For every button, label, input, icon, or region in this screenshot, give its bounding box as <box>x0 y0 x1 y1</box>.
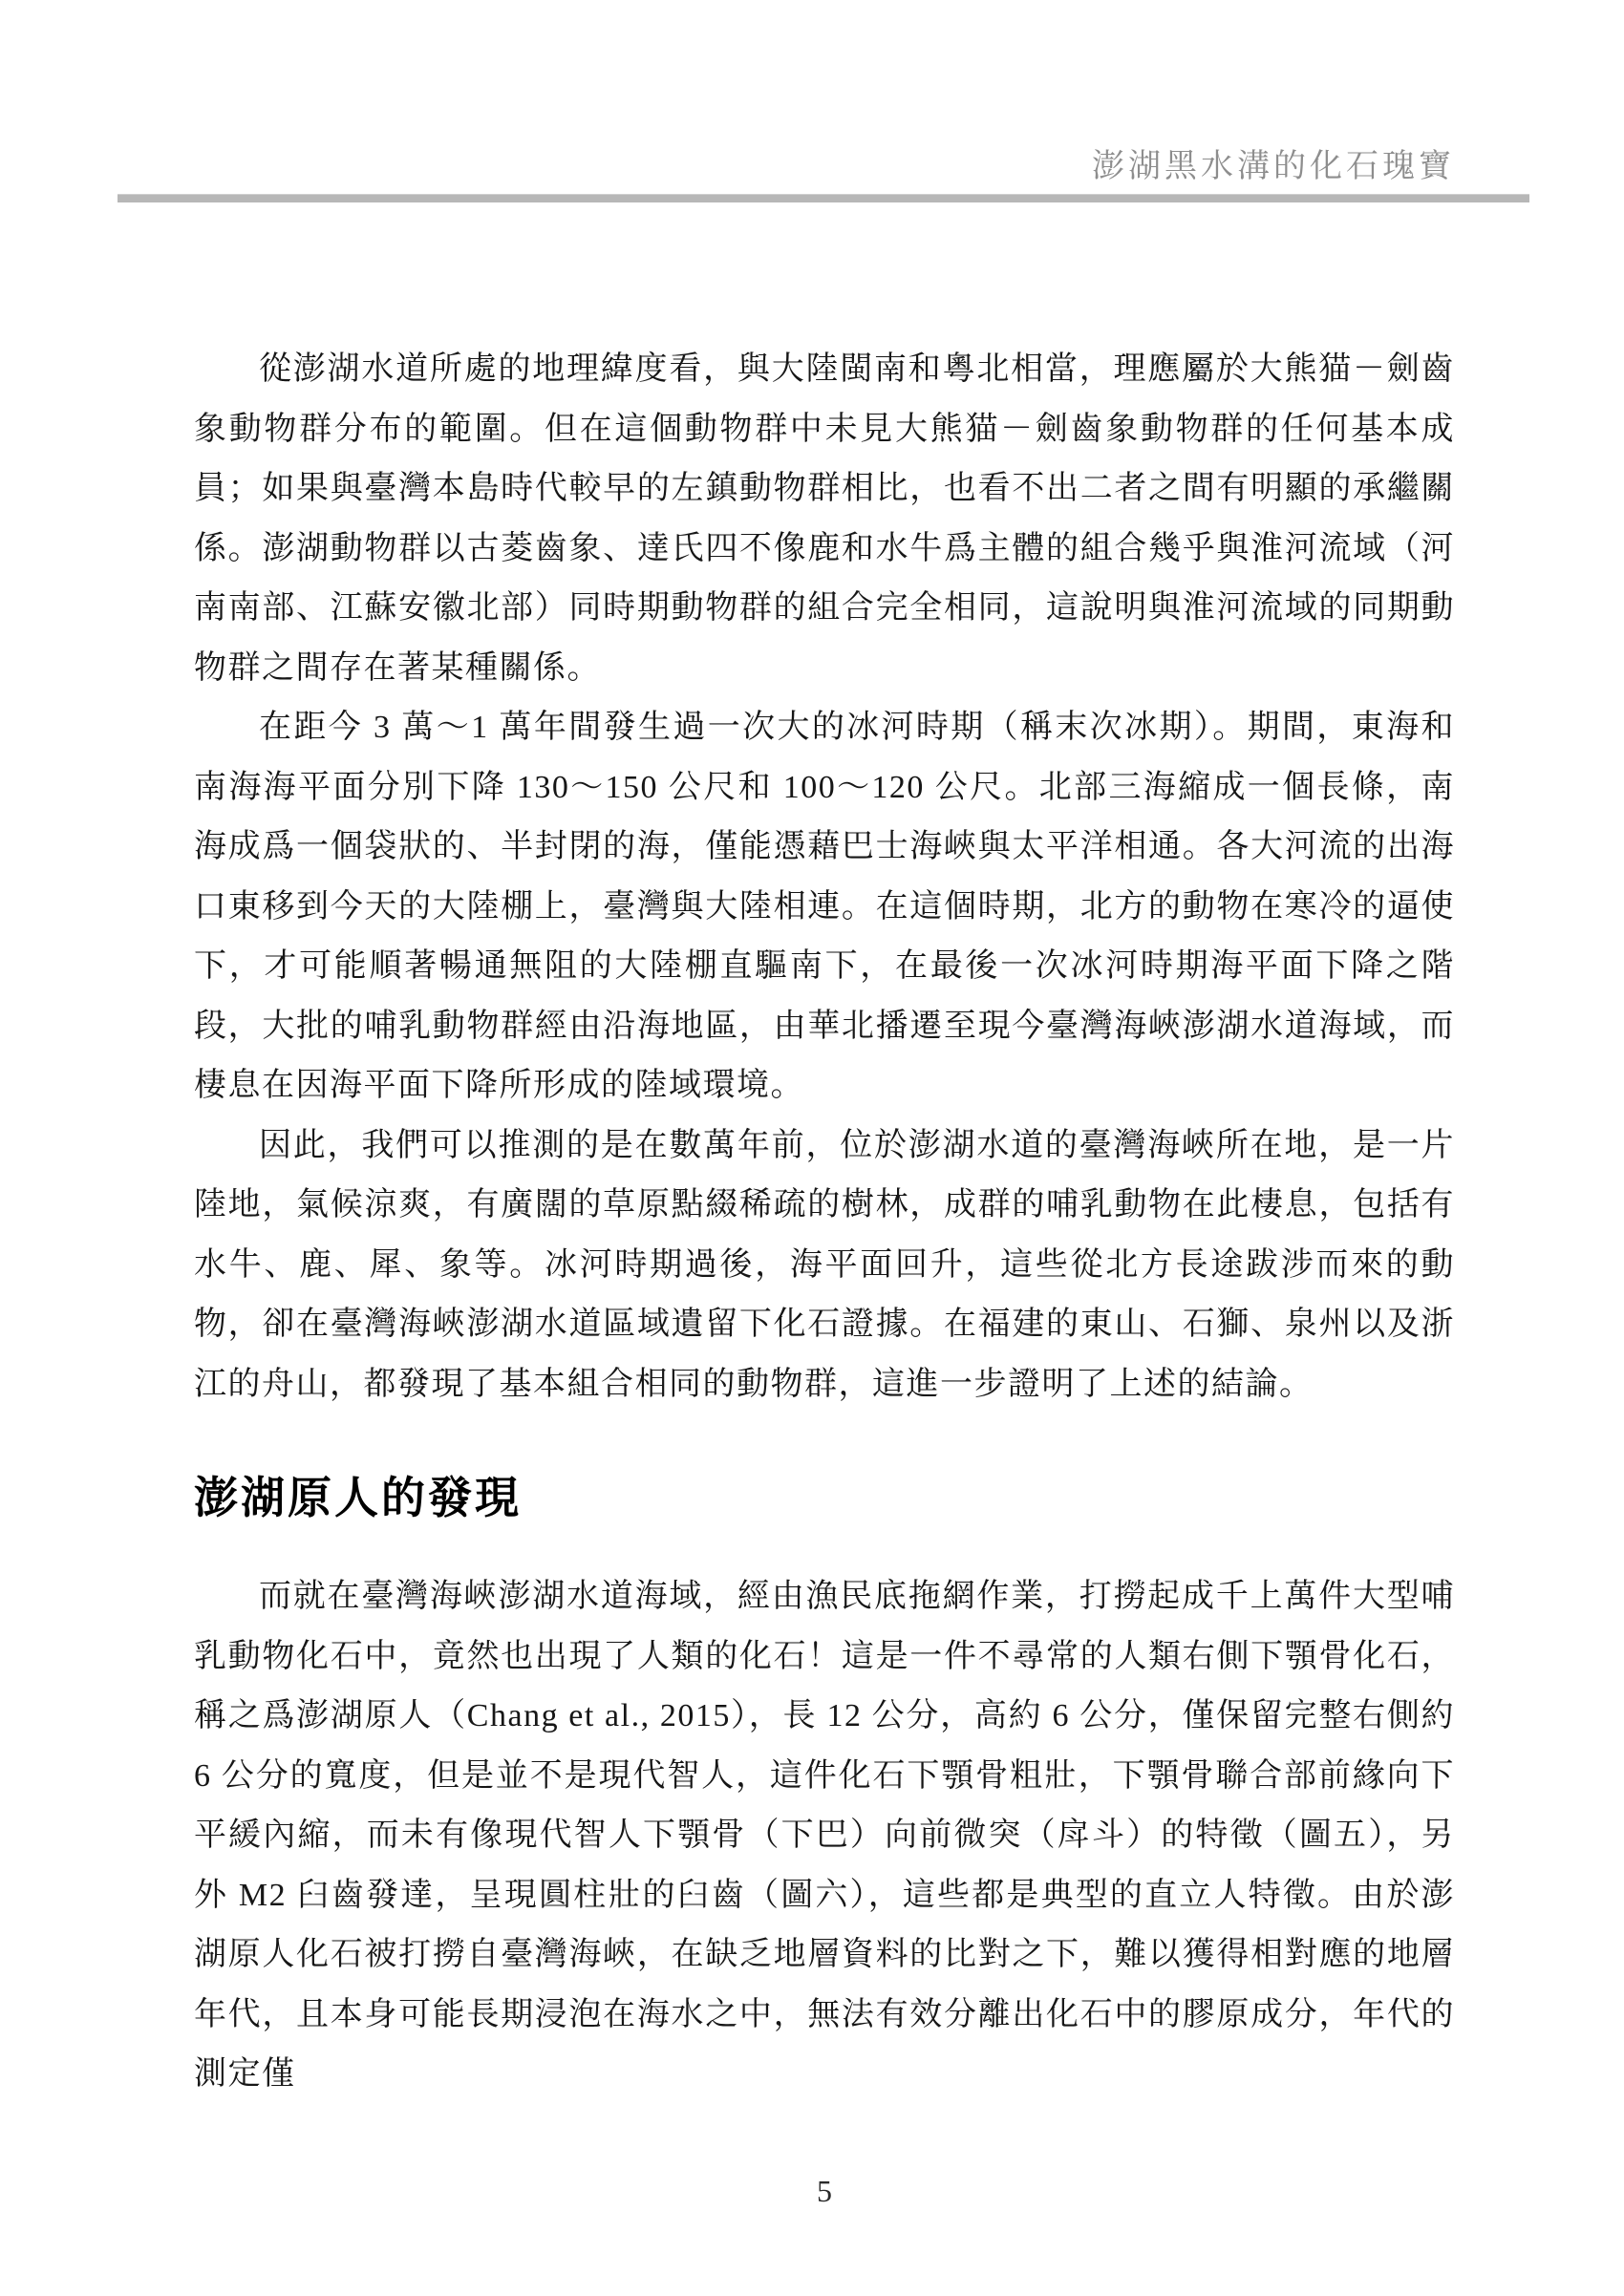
page-number: 5 <box>194 2174 1455 2209</box>
header-rule <box>118 194 1529 202</box>
body-paragraph: 在距今 3 萬～1 萬年間發生過一次大的冰河時期（稱末次冰期）。期間，東海和南海… <box>194 698 1455 1116</box>
running-header-title: 澎湖黑水溝的化石瑰寶 <box>118 139 1455 186</box>
body-paragraph: 因此，我們可以推測的是在數萬年前，位於澎湖水道的臺灣海峽所在地，是一片陸地，氣候… <box>194 1116 1455 1415</box>
section-heading: 澎湖原人的發現 <box>194 1470 1455 1527</box>
body-paragraph: 從澎湖水道所處的地理緯度看，與大陸閩南和粵北相當，理應屬於大熊猫－劍齒象動物群分… <box>194 340 1455 698</box>
body-paragraph: 而就在臺灣海峽澎湖水道海域，經由漁民底拖網作業，打撈起成千上萬件大型哺乳動物化石… <box>194 1567 1455 2105</box>
document-page: 澎湖黑水溝的化石瑰寶 從澎湖水道所處的地理緯度看，與大陸閩南和粵北相當，理應屬於… <box>0 0 1624 2296</box>
page-body: 從澎湖水道所處的地理緯度看，與大陸閩南和粵北相當，理應屬於大熊猫－劍齒象動物群分… <box>194 340 1455 2105</box>
